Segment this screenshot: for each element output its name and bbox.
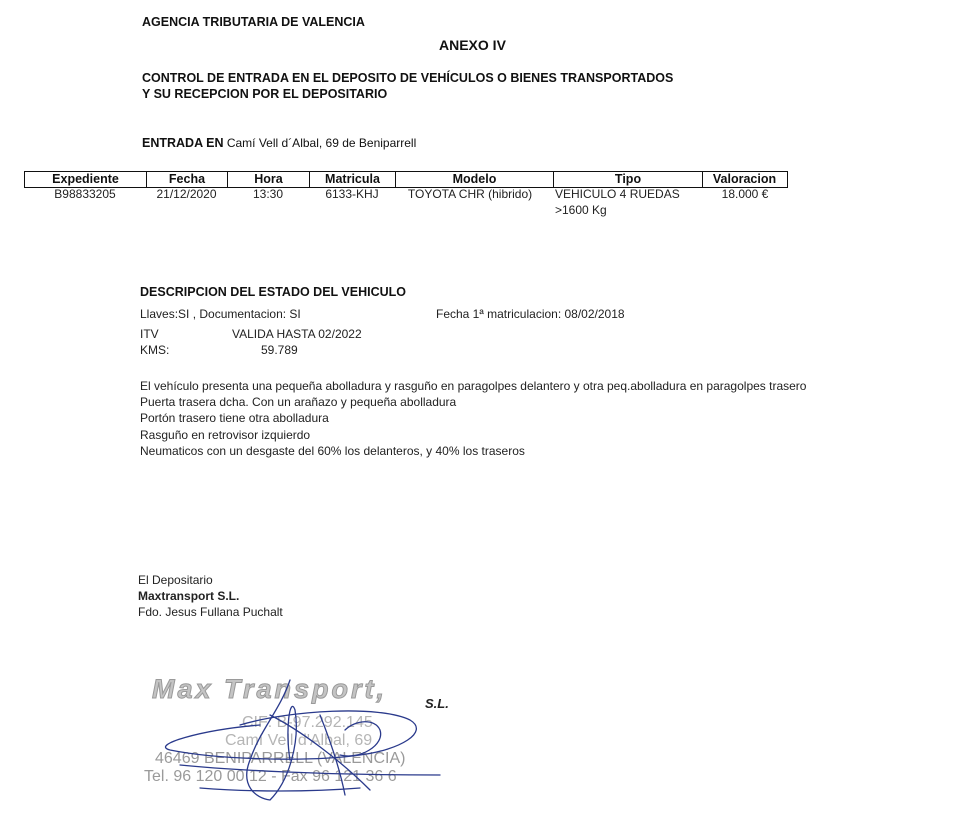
note-line: El vehículo presenta una pequeña abollad… (140, 378, 806, 394)
itv-label: ITV (140, 327, 159, 341)
document-title-line-1: CONTROL DE ENTRADA EN EL DEPOSITO DE VEH… (142, 71, 673, 85)
handwritten-signature-icon (140, 670, 480, 810)
signature-block: El Depositario Maxtransport S.L. Fdo. Je… (138, 572, 283, 620)
cell-expediente: B98833205 (24, 187, 146, 201)
cell-hora: 13:30 (227, 187, 309, 201)
kms-label: KMS: (140, 343, 169, 357)
cell-valoracion: 18.000 € (702, 187, 788, 201)
col-matricula: Matricula (310, 172, 396, 187)
cell-modelo: TOYOTA CHR (hibrido) (395, 187, 545, 201)
keys-documentation: Llaves:SI , Documentacion: SI (140, 307, 301, 321)
col-modelo: Modelo (396, 172, 554, 187)
cell-fecha: 21/12/2020 (146, 187, 227, 201)
first-registration-date: Fecha 1ª matriculacion: 08/02/2018 (436, 307, 625, 321)
vehicle-table-header: Expediente Fecha Hora Matricula Modelo T… (24, 171, 788, 188)
note-line: Puerta trasera dcha. Con un arañazo y pe… (140, 394, 806, 410)
agency-name: AGENCIA TRIBUTARIA DE VALENCIA (142, 15, 365, 29)
depositary-company: Maxtransport S.L. (138, 588, 283, 604)
entry-location: ENTRADA EN Camí Vell d´Albal, 69 de Beni… (142, 136, 416, 150)
depositary-role: El Depositario (138, 572, 283, 588)
col-hora: Hora (228, 172, 310, 187)
description-title: DESCRIPCION DEL ESTADO DEL VEHICULO (140, 285, 406, 299)
entry-label: ENTRADA EN (142, 136, 223, 150)
note-line: Neumaticos con un desgaste del 60% los d… (140, 443, 806, 459)
condition-notes: El vehículo presenta una pequeña abollad… (140, 378, 806, 459)
cell-tipo-line1: VEHICULO 4 RUEDAS (555, 187, 680, 201)
col-fecha: Fecha (147, 172, 228, 187)
col-valoracion: Valoracion (703, 172, 786, 187)
signed-by: Fdo. Jesus Fullana Puchalt (138, 604, 283, 620)
itv-value: VALIDA HASTA 02/2022 (232, 327, 362, 341)
cell-tipo: VEHICULO 4 RUEDAS >1600 Kg (555, 187, 680, 217)
cell-tipo-line2: >1600 Kg (555, 203, 680, 217)
company-stamp: Max Transport, S.L. CIF: B-97.292.145 Ca… (140, 670, 480, 810)
col-tipo: Tipo (554, 172, 703, 187)
kms-value: 59.789 (261, 343, 298, 357)
note-line: Rasguño en retrovisor izquierdo (140, 427, 806, 443)
cell-matricula: 6133-KHJ (309, 187, 395, 201)
annex-title: ANEXO IV (439, 37, 506, 53)
document-title-line-2: Y SU RECEPCION POR EL DEPOSITARIO (142, 87, 387, 101)
entry-address: Camí Vell d´Albal, 69 de Beniparrell (227, 136, 416, 150)
col-expediente: Expediente (25, 172, 147, 187)
note-line: Portón trasero tiene otra abolladura (140, 410, 806, 426)
